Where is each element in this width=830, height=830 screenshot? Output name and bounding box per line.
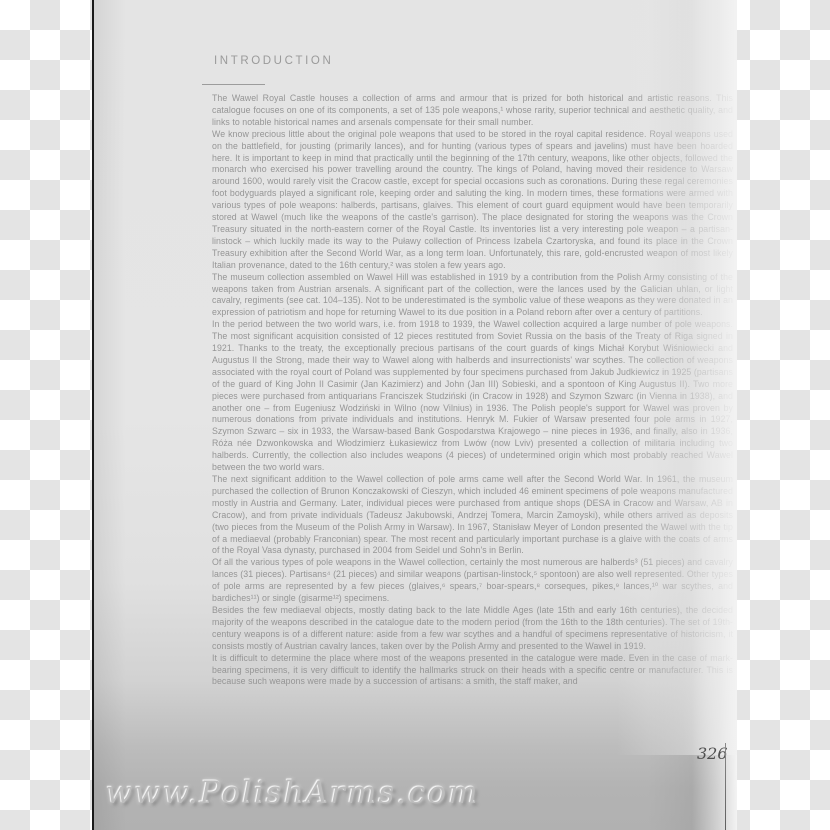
paragraph: We know precious little about the origin… [212, 129, 733, 272]
paragraph: The next significant addition to the Waw… [212, 474, 733, 557]
paragraph: The museum collection assembled on Wawel… [212, 272, 733, 320]
page-edge-line [725, 743, 726, 830]
paragraph: Besides the few mediaeval objects, mostl… [212, 605, 733, 653]
body-text: The Wawel Royal Castle houses a collecti… [212, 93, 733, 688]
section-heading: INTRODUCTION [214, 55, 333, 67]
watermark: www.PolishArms.com [106, 775, 480, 811]
paragraph: Of all the various types of pole weapons… [212, 557, 733, 605]
page-number: 326 [697, 744, 728, 763]
paragraph: The Wawel Royal Castle houses a collecti… [212, 93, 733, 129]
transparency-checkerboard: INTRODUCTION The Wawel Royal Castle hous… [0, 0, 830, 830]
heading-rule [202, 84, 265, 85]
book-page: INTRODUCTION The Wawel Royal Castle hous… [92, 0, 737, 830]
paragraph: It is difficult to determine the place w… [212, 653, 733, 689]
paragraph: In the period between the two world wars… [212, 319, 733, 474]
